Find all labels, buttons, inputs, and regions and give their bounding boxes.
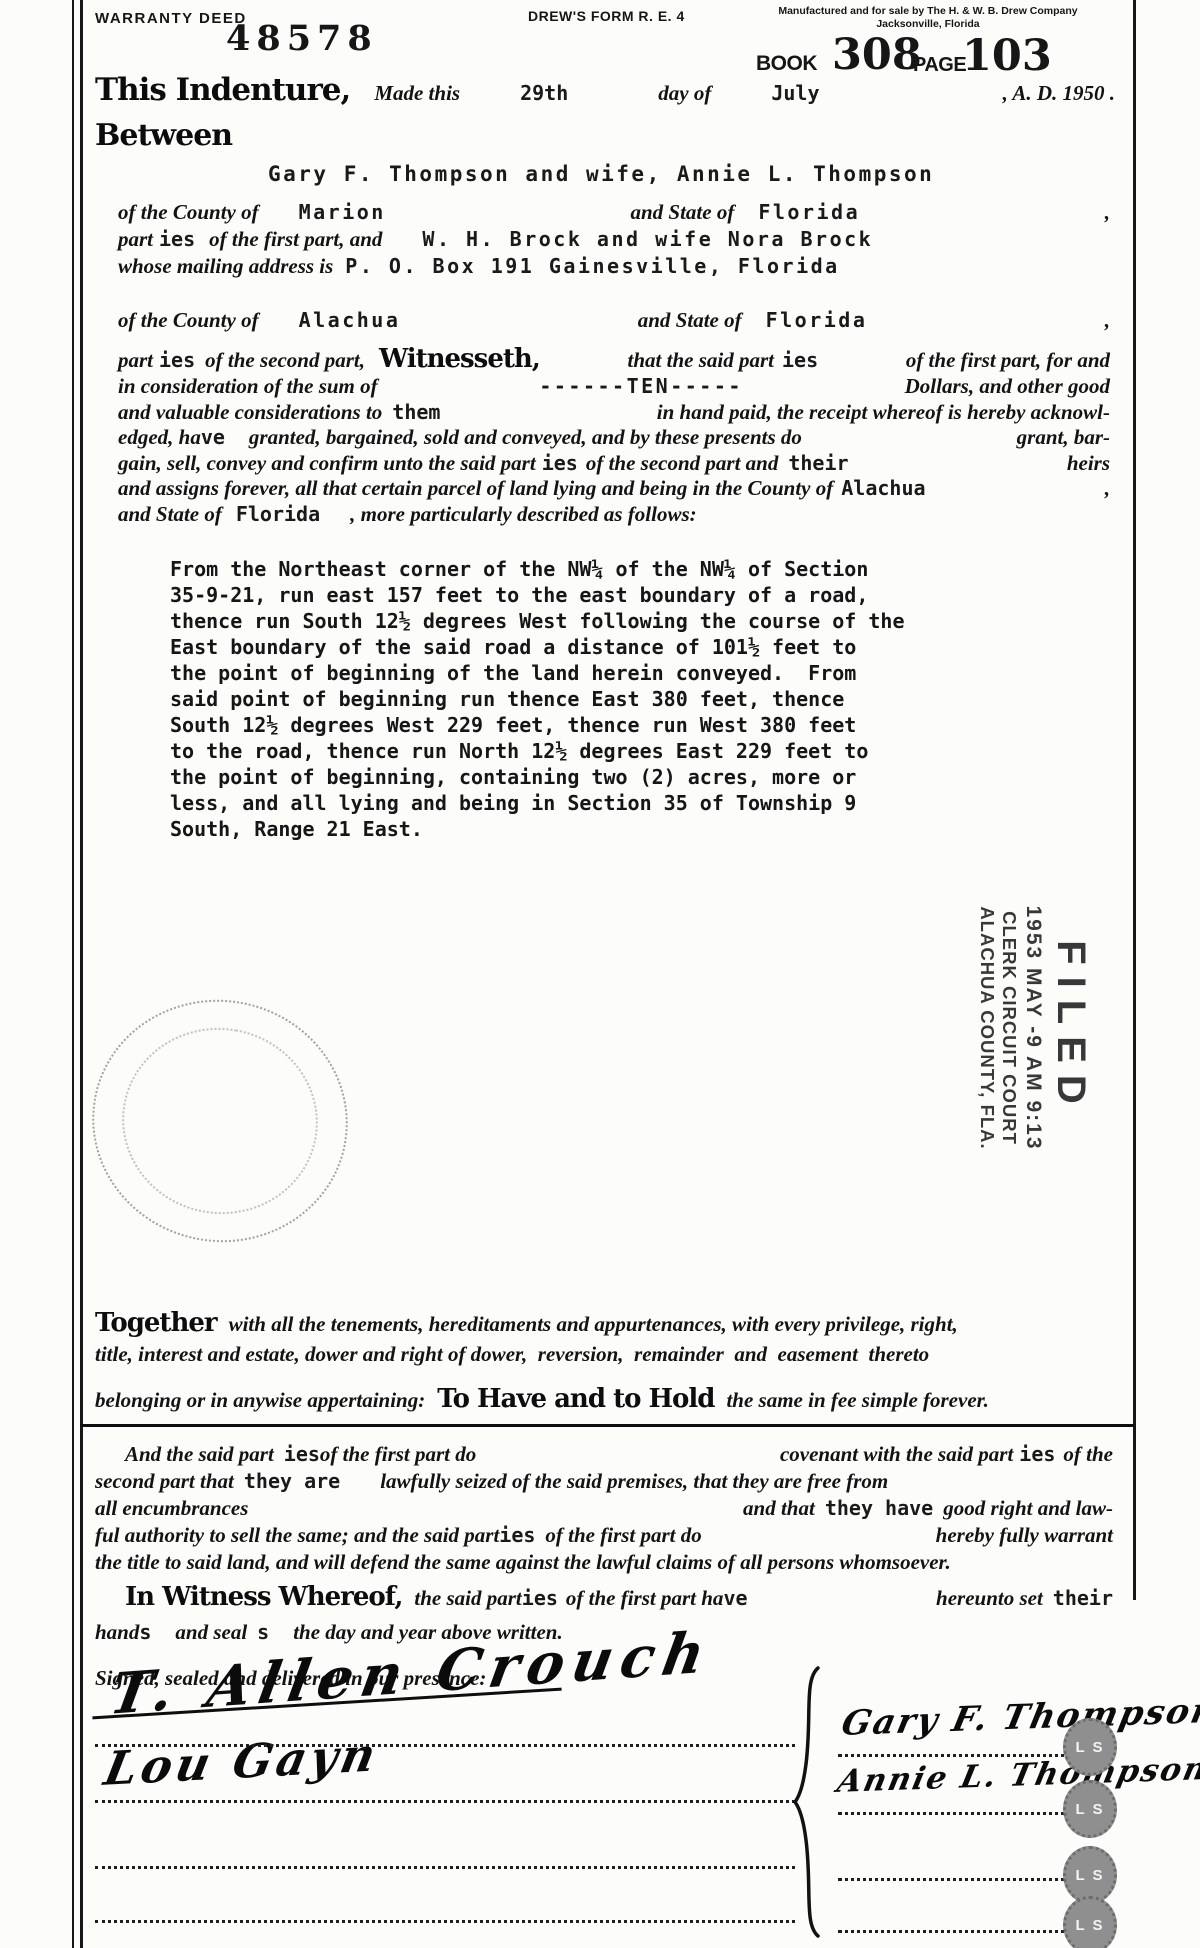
text-segment: of the — [1063, 1442, 1113, 1467]
notary-seal-inner-ring — [107, 1012, 332, 1229]
left-scan-rule-2 — [80, 0, 83, 1948]
paragraph-line: and valuable considerations tothemin han… — [118, 400, 1110, 426]
paragraph-line: In Witness Whereof,the said partiesof th… — [95, 1582, 1113, 1620]
text-segment: Dollars, and other good — [905, 374, 1110, 399]
text-segment: and assigns forever, all that certain pa… — [118, 476, 833, 501]
ls-seal-2: L S — [1063, 1780, 1117, 1838]
paragraph-line: partiesof the second part,Witnesseth,tha… — [118, 344, 1110, 374]
text-segment: ies — [1019, 1442, 1055, 1466]
warranty-deed-scan: WARRANTY DEED 48578 DREW'S FORM R. E. 4 … — [0, 0, 1200, 1948]
text-segment: with all the tenements, hereditaments an… — [229, 1312, 958, 1337]
text-segment: the title to said land, and will defend … — [95, 1550, 951, 1575]
paragraph-line: and assigns forever, all that certain pa… — [118, 476, 1110, 502]
text-segment: and valuable considerations to — [118, 400, 382, 425]
together-paragraph: Togetherwith all the tenements, heredita… — [95, 1308, 1113, 1420]
paragraph-line: gain, sell, convey and confirm unto the … — [118, 451, 1110, 477]
text-segment: them — [392, 400, 440, 424]
together-word: Together — [95, 1308, 217, 1338]
text-segment: of the first part, for and — [906, 348, 1110, 373]
text-segment: , — [1105, 308, 1110, 333]
text-segment: And the said part — [125, 1442, 274, 1467]
text-line: said point of beginning run thence East … — [170, 686, 905, 712]
text-segment: of the second part and — [586, 451, 779, 476]
filed-stamp-datetime: 1953 MAY -9 AM 9:13 — [1020, 878, 1046, 1178]
filed-stamp: FILED 1953 MAY -9 AM 9:13 CLERK CIRCUIT … — [872, 878, 1172, 1178]
text-segment: the said part — [414, 1586, 521, 1611]
text-segment: hereunto set — [936, 1586, 1043, 1611]
paragraph-line: title, interest and estate, dower and ri… — [95, 1342, 1113, 1374]
text-segment: of the first part do — [320, 1442, 476, 1467]
grantor-signature-line-4 — [838, 1930, 1096, 1933]
text-segment: edged, ha — [118, 425, 201, 450]
text-segment: of the second part, — [205, 348, 365, 373]
text-segment: that the said part — [628, 348, 774, 373]
text-segment: ve — [201, 425, 225, 449]
text-segment: gain, sell, convey and confirm unto the … — [118, 451, 536, 476]
indenture-title-line: This Indenture,Made this29thday ofJuly, … — [95, 72, 1115, 112]
filed-stamp-clerk: CLERK CIRCUIT COURT — [998, 878, 1020, 1178]
paragraph-line: all encumbrancesand thatthey havegood ri… — [95, 1496, 1113, 1523]
text-segment: and State of — [638, 308, 742, 333]
text-segment: belonging or in anywise appertaining: — [95, 1388, 425, 1413]
document-title: This Indenture, — [95, 72, 350, 108]
paragraph-line: in consideration of the sum of------TEN-… — [118, 374, 1110, 400]
state-entry-2: Florida — [766, 308, 868, 332]
text-segment: Florida — [236, 502, 320, 526]
text-segment: ies — [499, 1523, 535, 1547]
grantor-signature-1: Gary F. Thompson — [838, 1691, 1200, 1744]
text-segment: ies — [159, 348, 195, 372]
text-segment: good right and law- — [943, 1496, 1113, 1521]
text-segment: and seal — [175, 1620, 247, 1645]
text-segment: , — [1105, 200, 1110, 225]
witness-signature-line-2 — [95, 1800, 795, 1803]
grantor-signature-line-2 — [838, 1812, 1096, 1815]
text-segment: part — [118, 348, 153, 373]
text-line: From the Northeast corner of the NW¼ of … — [170, 556, 905, 582]
witness-signature-line-3 — [95, 1866, 795, 1869]
text-segment: all encumbrances — [95, 1496, 248, 1521]
habendum-word: To Have and to Hold — [437, 1384, 714, 1414]
grantor-names-entry: Gary F. Thompson and wife, Annie L. Thom… — [268, 162, 934, 186]
year-entry: , A. D. 1950 . — [1003, 81, 1115, 106]
text-segment: they are — [244, 1469, 340, 1493]
witness-signature-line-1 — [95, 1744, 795, 1747]
text-segment: of the County of — [118, 308, 259, 333]
text-segment: of the first part ha — [566, 1586, 724, 1611]
text-segment: and State of — [630, 200, 734, 225]
paragraph-line: second part thatthey arelawfully seized … — [95, 1469, 1113, 1496]
text-segment: lawfully seized of the said premises, th… — [380, 1469, 888, 1494]
county-entry: Marion — [299, 200, 386, 224]
text-segment: in hand paid, the receipt whereof is her… — [657, 400, 1110, 425]
text-segment: and that — [743, 1496, 815, 1521]
in-witness-whereof-word: In Witness Whereof, — [125, 1582, 402, 1612]
witness-signature-line-4 — [95, 1920, 795, 1923]
text-segment: they have — [825, 1496, 933, 1520]
paragraph-line: and State ofFlorida, more particularly d… — [118, 502, 1110, 528]
text-segment: ies — [159, 227, 195, 251]
form-type-label: WARRANTY DEED — [95, 10, 247, 27]
notary-seal-impression — [73, 980, 367, 1263]
grantor-signature-line-1 — [838, 1754, 1096, 1757]
text-segment: , more particularly described as follows… — [350, 502, 696, 527]
text-segment: their — [1053, 1586, 1113, 1610]
ls-seal-4: L S — [1063, 1896, 1117, 1948]
right-page-rule — [1133, 0, 1136, 1600]
text-line: South, Range 21 East. — [170, 816, 905, 842]
ls-seal-1: L S — [1063, 1718, 1117, 1776]
county-state-line-2: of the County ofAlachuaand State ofFlori… — [118, 308, 1110, 334]
paragraph-line: edged, havegranted, bargained, sold and … — [118, 425, 1110, 451]
text-segment: whose mailing address is — [118, 254, 333, 279]
text-segment: part — [118, 227, 153, 252]
text-segment: second part that — [95, 1469, 234, 1494]
text-segment: their — [788, 451, 848, 475]
text-segment: and State of — [118, 502, 222, 527]
witnesseth-paragraph: partiesof the second part,Witnesseth,tha… — [118, 344, 1110, 527]
text-segment: day of — [658, 81, 711, 106]
covenant-paragraph: And the said partiesof the first part do… — [95, 1442, 1113, 1577]
text-segment: in consideration of the sum of — [118, 374, 378, 399]
text-segment: ve — [723, 1586, 747, 1610]
paragraph-line: ful authority to sell the same; and the … — [95, 1523, 1113, 1550]
first-part-line: partiesof the first part, andW. H. Brock… — [118, 227, 1110, 253]
text-segment: , — [1105, 476, 1110, 501]
text-line: less, and all lying and being in Section… — [170, 790, 905, 816]
text-segment: heirs — [1067, 451, 1110, 476]
manufacturer-line-1: Manufactured and for sale by The H. & W.… — [742, 5, 1114, 17]
text-line: the point of beginning, containing two (… — [170, 764, 905, 790]
text-line: to the road, thence run North 12½ degree… — [170, 738, 905, 764]
text-segment: title, interest and estate, dower and ri… — [95, 1342, 929, 1367]
left-scan-rule — [72, 0, 74, 1948]
text-segment: Made this — [374, 81, 460, 106]
text-segment: Alachua — [841, 476, 925, 500]
signature-brace — [792, 1664, 826, 1940]
text-line: South 12½ degrees West 229 feet, thence … — [170, 712, 905, 738]
text-segment: s — [257, 1620, 269, 1644]
month-entry: July — [771, 81, 819, 105]
manufacturer-line-2: Jacksonville, Florida — [742, 18, 1114, 30]
county-state-line-1: of the County ofMarionand State ofFlorid… — [118, 200, 1110, 226]
text-segment: of the first part, and — [209, 227, 382, 252]
text-segment: the same in fee simple forever. — [726, 1388, 988, 1413]
paragraph-line: the title to said land, and will defend … — [95, 1550, 1113, 1577]
paragraph-line: Togetherwith all the tenements, heredita… — [95, 1308, 1113, 1342]
text-segment: s — [139, 1620, 151, 1644]
text-segment: of the County of — [118, 200, 259, 225]
witness-signature-2: Lou Gayn — [100, 1727, 384, 1796]
filed-stamp-word: FILED — [1050, 878, 1092, 1178]
filed-stamp-text: FILED 1953 MAY -9 AM 9:13 CLERK CIRCUIT … — [952, 878, 1092, 1178]
text-segment: ies — [782, 348, 818, 372]
paragraph-line: belonging or in anywise appertaining:To … — [95, 1384, 1113, 1420]
text-segment: of the first part do — [545, 1523, 701, 1548]
between-word: Between — [95, 118, 232, 153]
state-entry: Florida — [758, 200, 860, 224]
section-rule — [80, 1424, 1135, 1427]
text-segment: hereby fully warrant — [936, 1523, 1113, 1548]
county-entry-2: Alachua — [299, 308, 401, 332]
grantor-signature-2: Annie L. Thompson — [834, 1751, 1200, 1800]
filed-stamp-county: ALACHUA COUNTY, FLA. — [976, 878, 998, 1178]
text-segment: granted, bargained, sold and conveyed, a… — [249, 425, 802, 450]
form-id: DREW'S FORM R. E. 4 — [528, 8, 685, 24]
text-segment: ful authority to sell the same; and the … — [95, 1523, 499, 1548]
instrument-number: 48578 — [226, 18, 378, 59]
text-segment: ies — [522, 1586, 558, 1610]
grantee-names: W. H. Brock and wife Nora Brock — [422, 227, 873, 251]
text-line: East boundary of the said road a distanc… — [170, 634, 905, 660]
text-segment: covenant with the said part — [780, 1442, 1013, 1467]
grantor-signature-line-3 — [838, 1878, 1096, 1881]
text-segment: ies — [284, 1442, 320, 1466]
text-segment: grant, bar- — [1017, 425, 1110, 450]
text-segment: ies — [542, 451, 578, 475]
witnesseth-word: Witnesseth, — [379, 344, 540, 374]
day-entry: 29th — [520, 81, 568, 105]
text-segment: hand — [95, 1620, 139, 1645]
legal-description: From the Northeast corner of the NW¼ of … — [170, 556, 905, 842]
paragraph-line: And the said partiesof the first part do… — [95, 1442, 1113, 1469]
mailing-address-line: whose mailing address isP. O. Box 191 Ga… — [118, 254, 1110, 280]
text-line: 35-9-21, run east 157 feet to the east b… — [170, 582, 905, 608]
consideration-entry: ------TEN----- — [539, 374, 743, 398]
text-line: thence run South 12½ degrees West follow… — [170, 608, 905, 634]
text-line: the point of beginning of the land herei… — [170, 660, 905, 686]
mailing-address-entry: P. O. Box 191 Gainesville, Florida — [345, 254, 839, 278]
